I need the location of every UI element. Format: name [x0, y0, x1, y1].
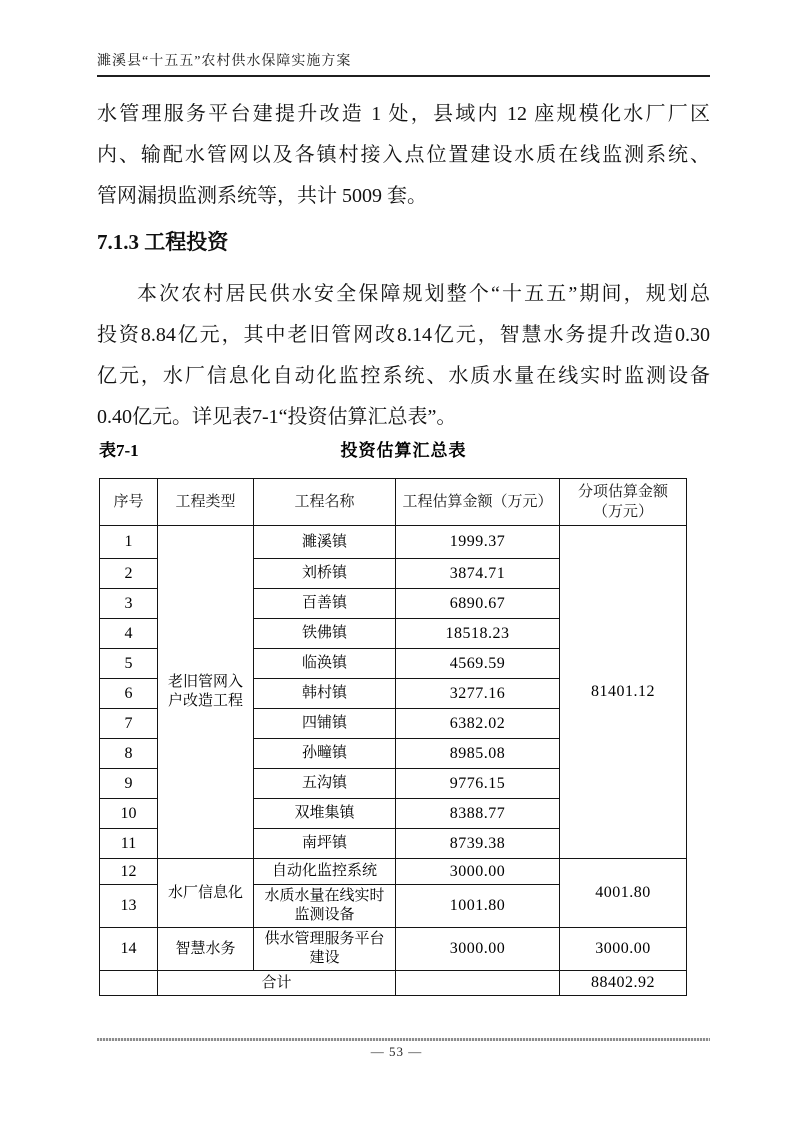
header-estimate-amount: 工程估算金额（万元） [396, 479, 560, 526]
investment-summary-table: 序号 工程类型 工程名称 工程估算金额（万元） 分项估算金额（万元） 1 老旧管… [99, 478, 687, 996]
amount-cell: 3000.00 [396, 928, 560, 971]
project-name-cell: 水质水量在线实时监测设备 [254, 885, 396, 928]
serial-cell: 2 [100, 559, 158, 589]
project-type-cell: 老旧管网入户改造工程 [158, 526, 254, 859]
table-row: 12 水厂信息化 自动化监控系统 3000.00 4001.80 [100, 859, 687, 885]
table-header-row: 序号 工程类型 工程名称 工程估算金额（万元） 分项估算金额（万元） [100, 479, 687, 526]
amount-cell: 8985.08 [396, 739, 560, 769]
project-name-cell: 百善镇 [254, 589, 396, 619]
table-caption-title: 投资估算汇总表 [97, 439, 710, 463]
amount-cell: 3277.16 [396, 679, 560, 709]
project-type-cell: 智慧水务 [158, 928, 254, 971]
serial-cell: 10 [100, 799, 158, 829]
paragraph-line: 0.40亿元。详见表7-1“投资估算汇总表”。 [97, 397, 710, 438]
amount-cell: 3000.00 [396, 859, 560, 885]
table-caption: 表7-1 投资估算汇总表 [97, 439, 710, 463]
page-header-title: 濉溪县“十五五”农村供水保障实施方案 [97, 50, 710, 77]
section-heading: 7.1.3 工程投资 [97, 228, 710, 256]
header-project-type: 工程类型 [158, 479, 254, 526]
project-name-cell: 四铺镇 [254, 709, 396, 739]
amount-cell: 8388.77 [396, 799, 560, 829]
paragraph-2: 本次农村居民供水安全保障规划整个“十五五”期间，规划总 投资8.84亿元，其中老… [97, 274, 710, 438]
amount-cell: 6890.67 [396, 589, 560, 619]
serial-cell: 4 [100, 619, 158, 649]
serial-cell: 6 [100, 679, 158, 709]
amount-cell: 1001.80 [396, 885, 560, 928]
document-page: 濉溪县“十五五”农村供水保障实施方案 水管理服务平台建提升改造 1 处，县域内 … [0, 0, 793, 1122]
project-name-cell: 五沟镇 [254, 769, 396, 799]
amount-cell: 6382.02 [396, 709, 560, 739]
paragraph-line: 投资8.84亿元，其中老旧管网改8.14亿元，智慧水务提升改造0.30 [97, 315, 710, 356]
paragraph-line: 亿元，水厂信息化自动化监控系统、水质水量在线实时监测设备 [97, 356, 710, 397]
table-row: 1 老旧管网入户改造工程 濉溪镇 1999.37 81401.12 [100, 526, 687, 559]
amount-cell: 9776.15 [396, 769, 560, 799]
serial-cell: 13 [100, 885, 158, 928]
total-label-cell: 合计 [158, 971, 396, 996]
project-name-cell: 自动化监控系统 [254, 859, 396, 885]
serial-cell: 9 [100, 769, 158, 799]
page-header: 濉溪县“十五五”农村供水保障实施方案 [97, 50, 710, 77]
page-number: — 53 — [0, 1044, 793, 1060]
subtotal-cell: 3000.00 [560, 928, 687, 971]
serial-cell: 3 [100, 589, 158, 619]
project-name-cell: 铁佛镇 [254, 619, 396, 649]
serial-cell: 1 [100, 526, 158, 559]
table-row: 14 智慧水务 供水管理服务平台建设 3000.00 3000.00 [100, 928, 687, 971]
project-name-cell: 供水管理服务平台建设 [254, 928, 396, 971]
project-name-cell: 刘桥镇 [254, 559, 396, 589]
table-total-row: 合计 88402.92 [100, 971, 687, 996]
header-subtotal-amount: 分项估算金额（万元） [560, 479, 687, 526]
paragraph-line: 水管理服务平台建提升改造 1 处，县域内 12 座规模化水厂厂区 [97, 94, 710, 135]
serial-cell: 11 [100, 829, 158, 859]
project-type-cell: 水厂信息化 [158, 859, 254, 928]
amount-cell: 3874.71 [396, 559, 560, 589]
subtotal-cell: 4001.80 [560, 859, 687, 928]
paragraph-line: 内、输配水管网以及各镇村接入点位置建设水质在线监测系统、 [97, 135, 710, 176]
table-caption-label: 表7-1 [99, 439, 139, 463]
serial-cell: 8 [100, 739, 158, 769]
serial-cell: 5 [100, 649, 158, 679]
project-name-cell: 孙疃镇 [254, 739, 396, 769]
amount-cell: 1999.37 [396, 526, 560, 559]
page-content: 水管理服务平台建提升改造 1 处，县域内 12 座规模化水厂厂区 内、输配水管网… [97, 94, 710, 996]
paragraph-1: 水管理服务平台建提升改造 1 处，县域内 12 座规模化水厂厂区 内、输配水管网… [97, 94, 710, 217]
project-name-cell: 南坪镇 [254, 829, 396, 859]
project-name-cell: 双堆集镇 [254, 799, 396, 829]
amount-cell: 8739.38 [396, 829, 560, 859]
amount-cell: 4569.59 [396, 649, 560, 679]
paragraph-line: 管网漏损监测系统等，共计 5009 套。 [97, 176, 710, 217]
project-name-cell: 濉溪镇 [254, 526, 396, 559]
serial-cell: 14 [100, 928, 158, 971]
amount-cell: 18518.23 [396, 619, 560, 649]
serial-cell: 7 [100, 709, 158, 739]
empty-cell [100, 971, 158, 996]
total-value-cell: 88402.92 [560, 971, 687, 996]
serial-cell: 12 [100, 859, 158, 885]
footer-divider [97, 1038, 710, 1041]
paragraph-line: 本次农村居民供水安全保障规划整个“十五五”期间，规划总 [97, 274, 710, 315]
project-name-cell: 韩村镇 [254, 679, 396, 709]
subtotal-cell: 81401.12 [560, 526, 687, 859]
header-project-name: 工程名称 [254, 479, 396, 526]
empty-cell [396, 971, 560, 996]
header-serial: 序号 [100, 479, 158, 526]
project-name-cell: 临涣镇 [254, 649, 396, 679]
